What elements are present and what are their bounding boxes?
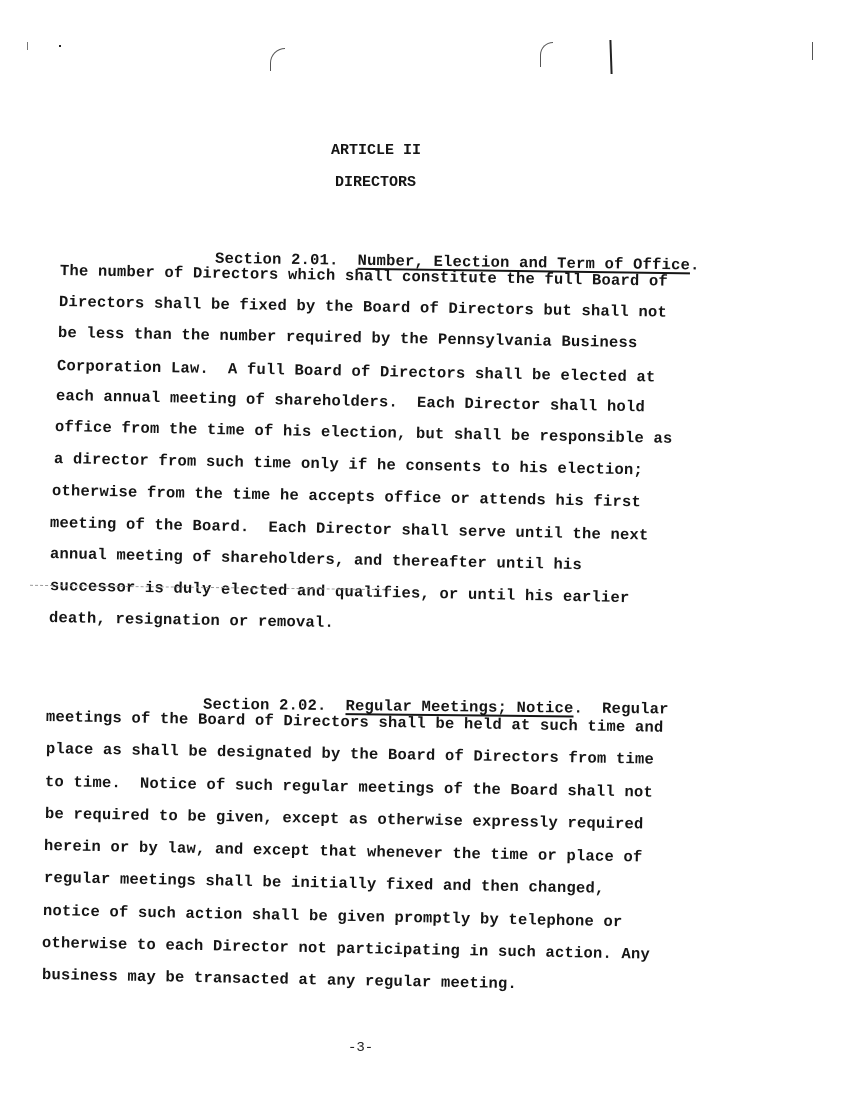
paragraph-line: business may be transacted at any regula… (42, 966, 517, 993)
paragraph-line: be less than the number required by the … (58, 324, 638, 352)
section-heading-trailing: Regular (583, 700, 669, 719)
scan-artifact-bar (609, 40, 612, 74)
section-heading-period: . (690, 256, 700, 274)
paragraph-line: successor is duly elected and qualifies,… (50, 577, 630, 607)
scan-artifact-dot (27, 42, 28, 50)
document-page: ARTICLE II DIRECTORS Section 2.01. Numbe… (0, 0, 849, 1100)
article-subtitle: DIRECTORS (335, 174, 416, 191)
paragraph-line: a director from such time only if he con… (54, 450, 643, 479)
paragraph-line: notice of such action shall be given pro… (43, 902, 623, 931)
paragraph-line: Directors shall be fixed by the Board of… (59, 293, 667, 322)
paragraph-line: to time. Notice of such regular meetings… (45, 773, 653, 802)
paragraph-line: annual meeting of shareholders, and ther… (50, 545, 582, 574)
paragraph-line: regular meetings shall be initially fixe… (44, 869, 605, 898)
scan-artifact-arc-left (270, 48, 285, 71)
scan-artifact-dot (59, 45, 61, 47)
page-number: -3- (348, 1040, 373, 1056)
paragraph-line: otherwise to each Director not participa… (42, 934, 650, 964)
paragraph-line: be required to be given, except as other… (45, 805, 644, 833)
paragraph-line: meeting of the Board. Each Director shal… (50, 514, 649, 545)
scan-artifact-bar-edge (812, 42, 813, 60)
paragraph-line: otherwise from the time he accepts offic… (52, 482, 641, 511)
article-title: ARTICLE II (331, 142, 421, 159)
paragraph-line: office from the time of his election, bu… (55, 418, 673, 448)
paragraph-line: Corporation Law. A full Board of Directo… (57, 357, 656, 386)
paragraph-line: death, resignation or removal. (49, 609, 334, 632)
paragraph-line: herein or by law, and except that whenev… (44, 837, 643, 866)
paragraph-line: place as shall be designated by the Boar… (46, 740, 654, 769)
section-heading-period: . (573, 699, 583, 717)
scan-artifact-arc-right (540, 42, 553, 67)
paragraph-line: each annual meeting of shareholders. Eac… (56, 387, 645, 416)
